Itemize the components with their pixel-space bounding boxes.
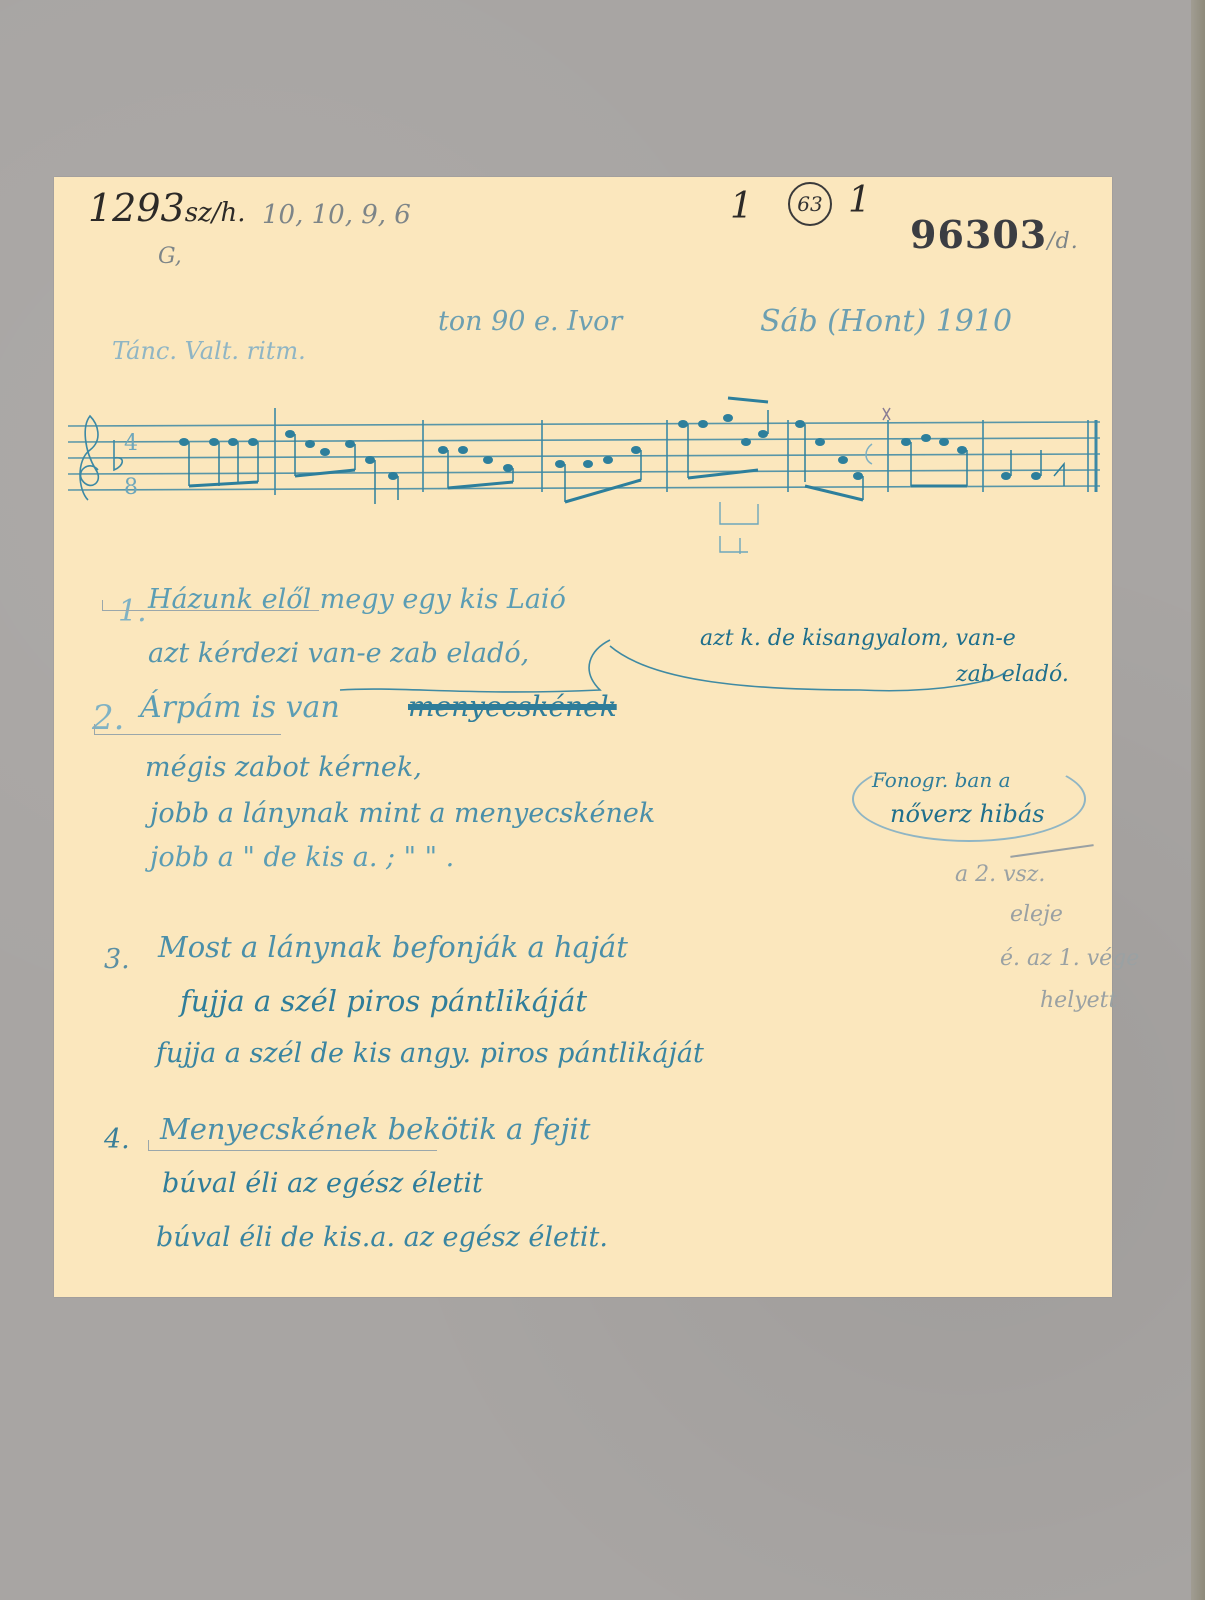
verse-2-line-1: Árpám is van	[140, 690, 340, 725]
genre-note: Tánc. Valt. ritm.	[112, 337, 306, 365]
catalog-sub-mark: G,	[158, 244, 182, 269]
performer-info: ton 90 e. Ivor	[438, 306, 622, 337]
stamp-digits: 96303	[910, 212, 1047, 257]
page-mark-right: 1	[848, 180, 871, 221]
verse-2-line-4: jobb a " de kis a. ; " " .	[150, 842, 454, 873]
verse-2-line-2: mégis zabot kérnek,	[145, 752, 422, 783]
svg-text:8: 8	[124, 475, 138, 500]
verse-3-number: 3.	[104, 944, 130, 975]
location-date: Sáb (Hont) 1910	[760, 304, 1012, 339]
verse-1-underline	[102, 600, 319, 611]
verse-3-line-3: fujja a szél de kis angy. piros pántliká…	[156, 1038, 704, 1069]
verse-4-underline	[148, 1140, 437, 1151]
margin-note-line-2: nőverz hibás	[890, 800, 1045, 828]
circled-page-number: 63	[797, 192, 822, 216]
pencil-note-line-3: é. az 1. vége	[1000, 946, 1139, 971]
verse-4-line-3: búval éli de kis.a. az egész életit.	[156, 1222, 608, 1253]
stamp-suffix: /d.	[1047, 229, 1079, 254]
staff-notation: 4 8	[68, 420, 1100, 496]
pencil-note-line-1: a 2. vsz.	[955, 862, 1045, 887]
circled-page-mark: 63	[788, 182, 832, 226]
verse-2-struck-text: menyecskének	[408, 690, 617, 723]
verse-4-number: 4.	[104, 1124, 130, 1155]
verse-4-line-2: búval éli az egész életit	[162, 1168, 483, 1199]
verse-2-underline	[94, 724, 281, 735]
archive-stamp-number: 96303/d.	[910, 212, 1079, 257]
verse-2-line-3: jobb a lánynak mint a menyecskének	[150, 798, 655, 829]
catalog-number: 1293sz/h.	[88, 186, 246, 230]
catalog-number-digits: 1293	[88, 186, 185, 230]
measure-numbers: 10, 10, 9, 6	[262, 200, 411, 230]
svg-text:4: 4	[124, 431, 138, 456]
music-staff: 4 8	[68, 420, 1100, 496]
margin-note-line-1: Fonogr. ban a	[872, 768, 1011, 792]
board-edge	[1191, 0, 1205, 1600]
pencil-note-line-2: eleje	[1010, 902, 1063, 927]
page-mark-left: 1	[730, 186, 753, 227]
verse-3-line-1: Most a lánynak befonják a haját	[158, 930, 628, 964]
verse-3-line-2: fujja a szél piros pántlikáját	[180, 984, 587, 1018]
pencil-note-line-4: helyett	[1040, 988, 1117, 1013]
catalog-suffix: sz/h.	[185, 198, 246, 228]
